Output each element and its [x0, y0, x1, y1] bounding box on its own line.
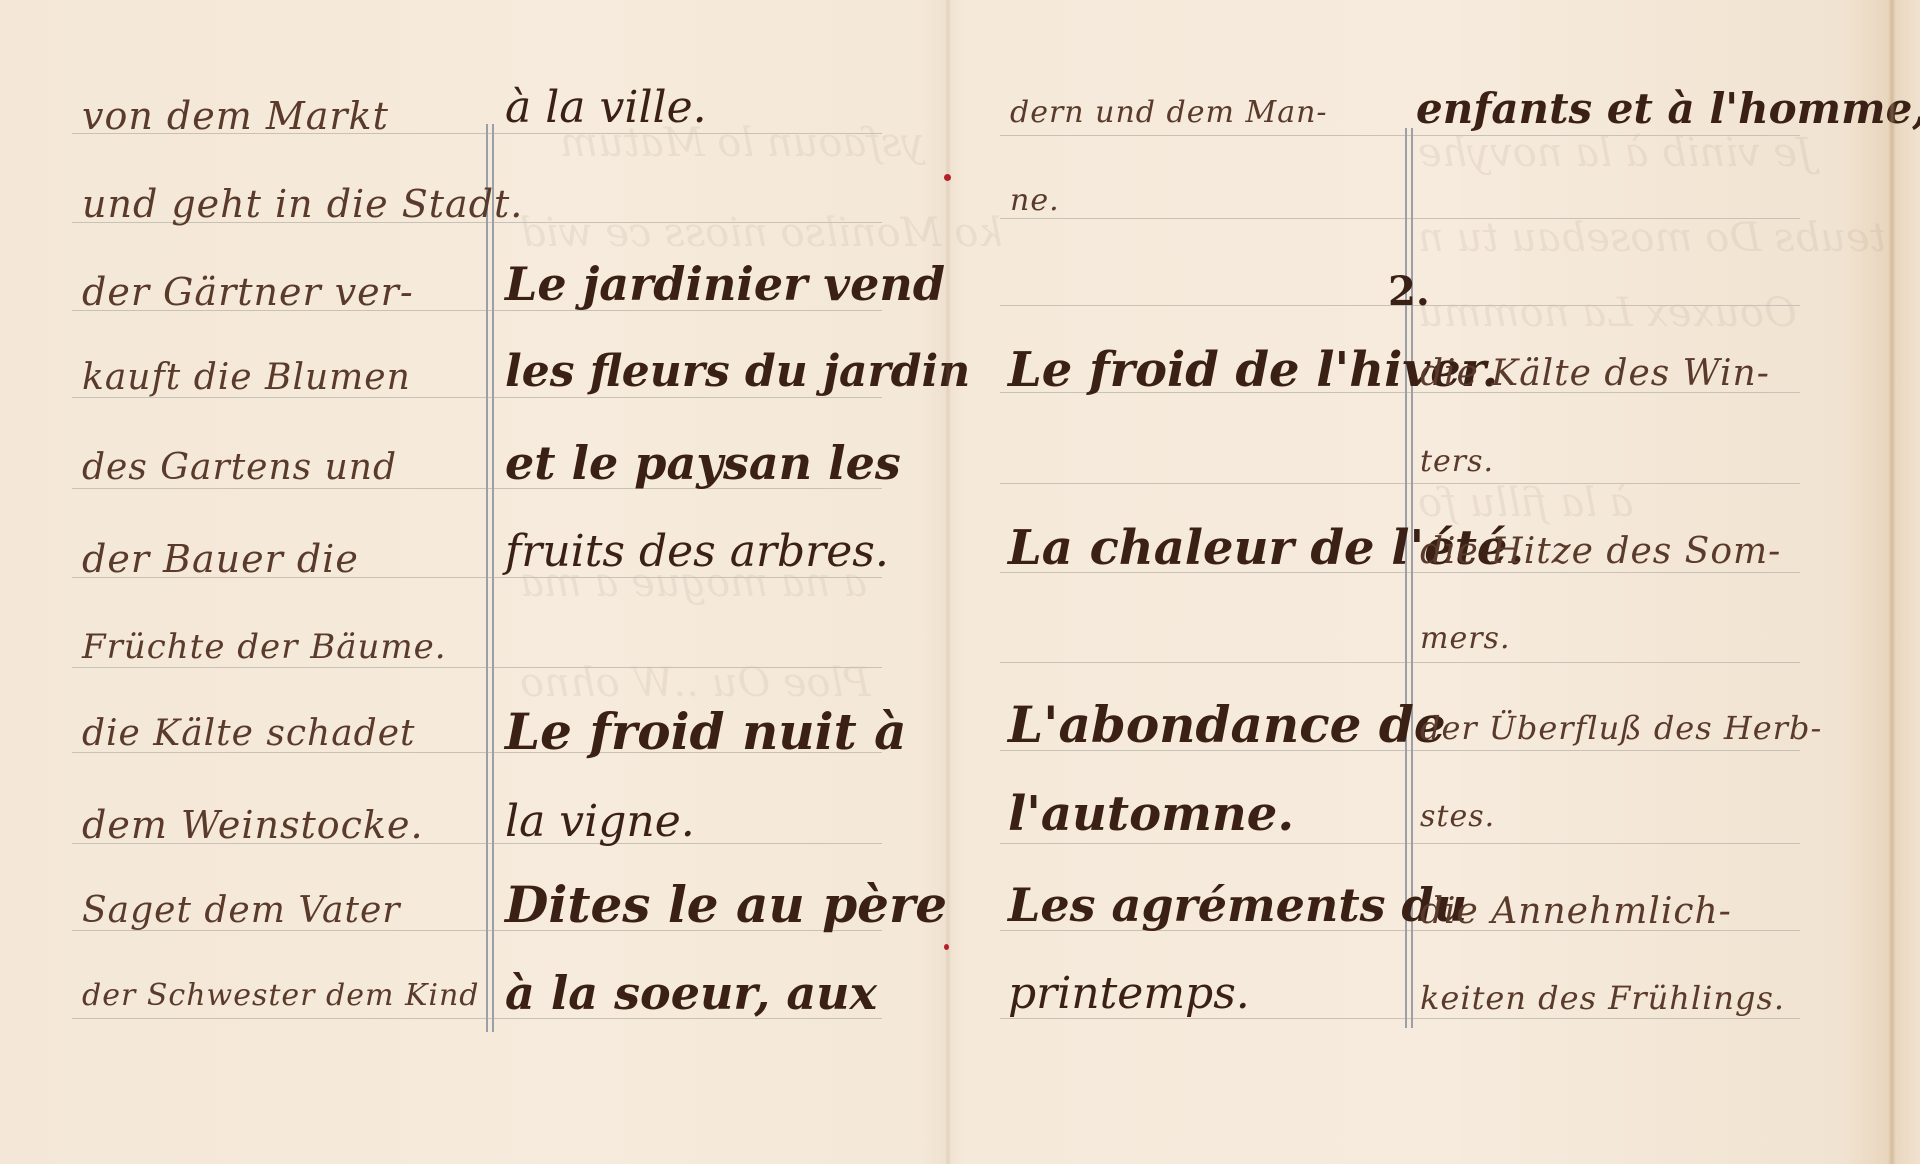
german-line: dem Weinstocke. [82, 806, 424, 844]
german-line: die Annehmlich- [1420, 894, 1732, 930]
german-line: keiten des Frühlings. [1420, 982, 1785, 1014]
french-line: enfants et à l'homme, [1416, 88, 1920, 130]
german-line: der Gärtner ver- [82, 273, 414, 311]
right-page: Je vinib à la novyhe teubs Do mosebau tu… [948, 0, 1920, 1164]
french-line: la vigne. [505, 800, 695, 844]
german-line: Saget dem Vater [82, 893, 400, 929]
ruling-line [1000, 483, 1800, 484]
french-line: Dites le au père [505, 880, 947, 930]
german-line: ters. [1420, 447, 1494, 477]
ruling-line [1000, 135, 1800, 136]
german-line: ne. [1010, 186, 1060, 216]
show-through-text: ko Monilso nioss ce wid [520, 210, 1003, 256]
french-line: à la soeur, aux [505, 970, 877, 1016]
ruling-line [1000, 218, 1800, 219]
column-divider [492, 124, 494, 1032]
french-line: à la ville. [505, 86, 707, 130]
german-line: die Kälte des Win- [1420, 356, 1770, 392]
french-line: et le paysan les [505, 440, 901, 486]
german-line: Früchte der Bäume. [82, 630, 447, 664]
german-line: des Gartens und [82, 450, 397, 486]
french-line: Les agréments du [1008, 882, 1467, 928]
french-line: L'abondance de [1008, 700, 1446, 750]
french-line: Le jardinier vend [505, 261, 945, 307]
german-line: der Überfluß des Herb- [1420, 712, 1822, 744]
left-page: ysfaoun lo Matum ko Monilso nioss ce wid… [0, 0, 948, 1164]
german-line: der Schwester dem Kind [82, 981, 480, 1011]
german-line: die Hitze des Som- [1420, 534, 1781, 570]
show-through-text: teubs Do mosebau tu n [1418, 215, 1886, 261]
page-edge [1888, 0, 1896, 1164]
german-line: der Bauer die [82, 540, 359, 578]
german-line: dern und dem Man- [1010, 98, 1328, 128]
german-line: von dem Markt [82, 97, 389, 135]
french-line: l'automne. [1008, 790, 1294, 838]
german-line: kauft die Blumen [82, 360, 411, 396]
column-divider [486, 124, 488, 1032]
ruling-line [1000, 662, 1800, 663]
french-line: printemps. [1008, 972, 1250, 1016]
french-line: les fleurs du jardin [505, 350, 970, 394]
section-number: 2. [1388, 272, 1430, 312]
ruling-line [72, 667, 882, 668]
show-through-text: Oouxex La nommu [1418, 290, 1797, 336]
ruling-line [1000, 843, 1800, 844]
french-line: fruits des arbres. [505, 530, 889, 574]
book-spread: ysfaoun lo Matum ko Monilso nioss ce wid… [0, 0, 1920, 1164]
show-through-text: Je vinib à la novyhe [1418, 130, 1813, 176]
german-line: mers. [1420, 624, 1510, 654]
german-line: stes. [1420, 802, 1495, 832]
french-line: Le froid nuit à [505, 707, 907, 757]
german-line: die Kälte schadet [82, 716, 416, 752]
german-line: und geht in die Stadt. [82, 185, 523, 223]
